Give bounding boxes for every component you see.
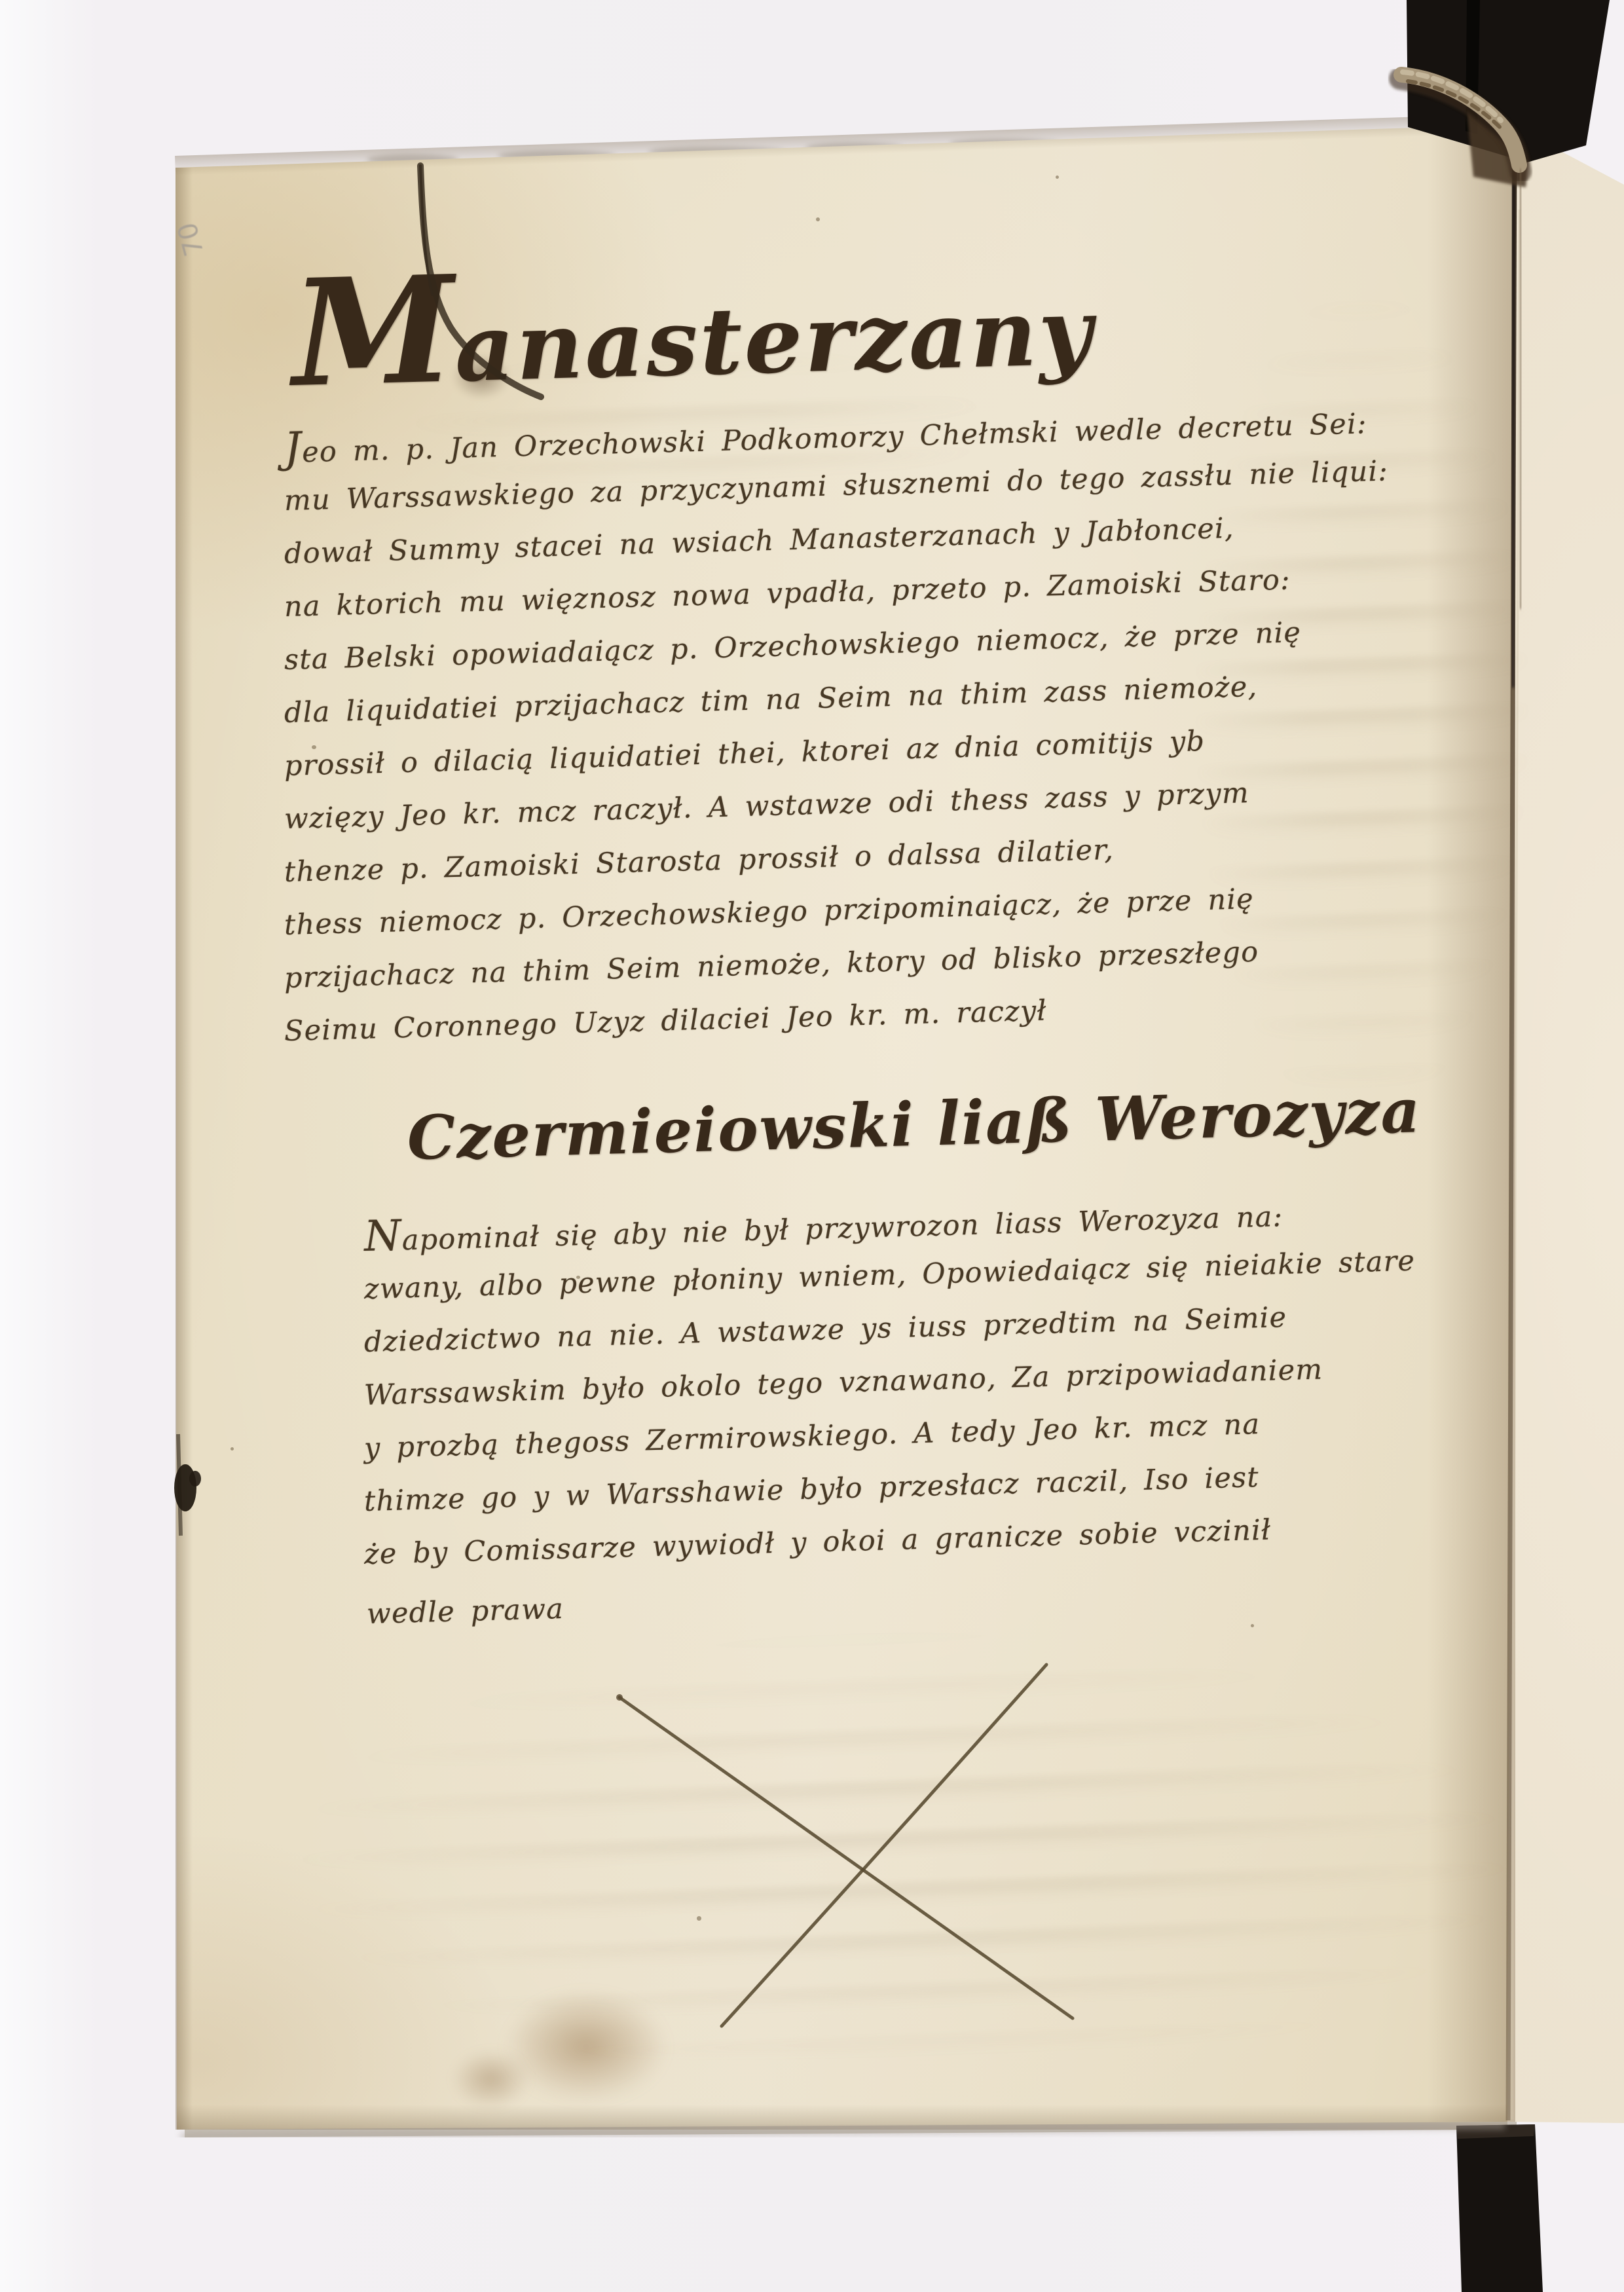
cover-strap-bottom (1456, 2124, 1543, 2292)
paragraph-2: Napominał się aby nie był przywrozon lia… (364, 1210, 1416, 1581)
section-heading-manasterzany: Manasterzany (289, 225, 1096, 422)
speck (1251, 1624, 1254, 1627)
speck (231, 1447, 234, 1451)
speck (697, 1916, 701, 1921)
paragraph-2-last-line: wedle prawa (366, 1593, 564, 1631)
paragraph-1: Jeo m. p. Jan Orzechowski Podkomorzy Che… (284, 422, 1389, 1058)
manuscript-scan: 70 Manasterzany Jeo m. p. Jan Orzechowsk… (0, 0, 1624, 2292)
speck (1056, 176, 1059, 179)
speck (816, 217, 820, 221)
